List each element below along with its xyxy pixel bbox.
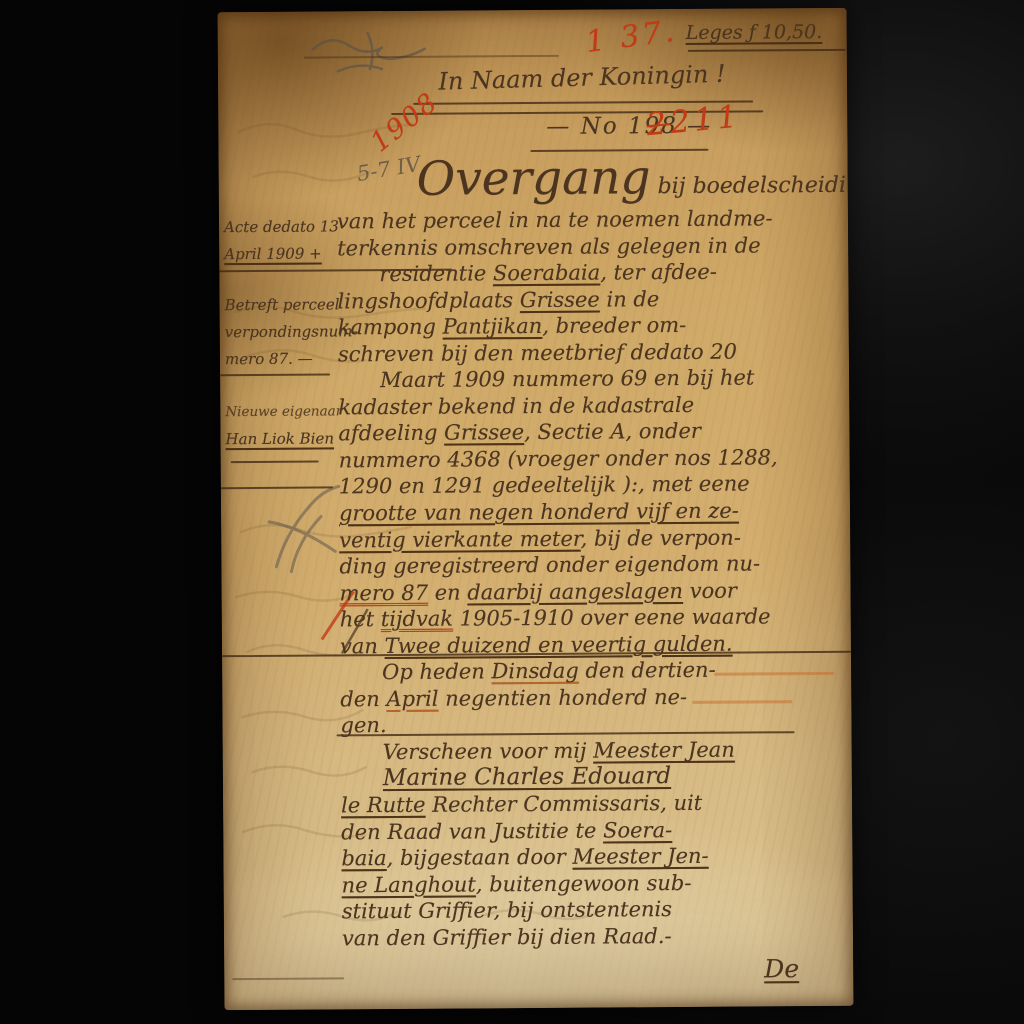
deed-heading-rest: bij boedelscheiding: [651, 173, 854, 200]
text-segment: van het perceel in na te noemen landme-: [337, 206, 773, 233]
text-segment: terkennis omschreven als gelegen in de: [337, 233, 761, 260]
red-year-annotation: 1908: [365, 86, 444, 158]
text-segment: tijdvak: [381, 607, 453, 632]
text-segment: stituut Griffier, bij ontstentenis: [342, 897, 672, 923]
text-segment: Meester Jean: [593, 738, 735, 763]
pencil-filing-note: 5-7 IV: [355, 152, 422, 186]
separator-rule: [688, 49, 846, 52]
leges-fee-stamp: Leges ƒ 10,50.: [686, 21, 823, 44]
text-segment: negentien honderd ne-: [438, 685, 687, 711]
text-segment: ventig vierkante meter: [339, 526, 581, 552]
text-segment: mero 87: [339, 580, 428, 605]
text-segment: , bij de verpon-: [581, 525, 741, 550]
body-line: 1290 en 1291 gedeeltelijk ):, met eene: [339, 470, 851, 500]
text-segment: Marine Charles Edouard: [383, 764, 671, 792]
margin-note-new-owner-name: Han Liok Bien: [225, 429, 339, 448]
text-segment: schreven bij den meetbrief dedato 20: [338, 339, 737, 366]
deed-body-text: van het perceel in na te noemen landme-t…: [337, 205, 854, 952]
text-segment: kadaster bekend in de kadastrale: [338, 393, 694, 419]
text-segment: Pantjikan: [443, 314, 543, 339]
red-renumber-annotation: 2211: [645, 98, 743, 143]
text-segment: ding geregistreerd onder eigendom nu-: [339, 552, 760, 579]
catchword: De: [764, 954, 799, 983]
deed-heading: Overgang bij boedelscheiding: [417, 154, 854, 203]
text-segment: Soerabaia: [493, 261, 600, 286]
text-segment: Meester Jen-: [572, 844, 708, 869]
text-segment: den dertien-: [579, 658, 716, 683]
body-line: stituut Griffier, bij ontstentenis: [342, 895, 854, 925]
margin-note-parcel2: verpondingsnum-: [225, 322, 339, 341]
body-line: Maart 1909 nummero 69 en bij het: [338, 364, 850, 394]
body-line: le Rutte Rechter Commissaris, uit: [341, 789, 853, 819]
body-line: ventig vierkante meter, bij de verpon-: [339, 523, 851, 553]
red-folio-number: 1 37.: [584, 14, 679, 60]
text-segment: daarbij aangeslagen: [467, 579, 683, 605]
body-line: gen.: [340, 709, 852, 739]
body-line: kampong Pantjikan, breeder om-: [338, 311, 850, 341]
text-segment: voor: [683, 578, 737, 602]
body-line: van den Griffier bij dien Raad.-: [342, 922, 854, 952]
margin-rule: [221, 486, 333, 489]
text-segment: baia: [341, 846, 386, 870]
text-segment: , bijgestaan door: [387, 845, 573, 870]
text-segment: , Sectie A, onder: [524, 419, 701, 444]
body-line: afdeeling Grissee, Sectie A, onder: [338, 417, 850, 447]
body-line: terkennis omschreven als gelegen in de: [337, 231, 849, 261]
margin-note-act-date: Acte dedato 13: [224, 217, 338, 236]
body-line: het tijdvak 1905-1910 over eene waarde: [340, 603, 852, 633]
text-segment: Op heden: [382, 660, 492, 685]
text-segment: Maart 1909 nummero 69 en bij het: [380, 366, 754, 393]
red-struck-digit: 2: [645, 105, 672, 143]
text-segment: den: [340, 687, 386, 711]
red-new-number: 211: [668, 98, 742, 141]
margin-note-parcel-number: mero 87. —: [225, 349, 339, 368]
text-segment: , breeder om-: [542, 313, 686, 338]
text-segment: ne Langhout: [342, 872, 476, 897]
body-line: nummero 4368 (vroeger onder nos 1288,: [339, 444, 851, 474]
separator-rule: [304, 55, 559, 59]
pencil-scribble-top: [313, 33, 425, 72]
text-segment: Twee duizend en veertig gulden.: [384, 631, 732, 657]
body-line: mero 87 en daarbij aangeslagen voor: [339, 576, 851, 606]
body-line: schreven bij den meetbrief dedato 20: [338, 338, 850, 368]
body-line: residentie Soerabaia, ter afdee-: [337, 258, 849, 288]
body-line: kadaster bekend in de kadastrale: [338, 391, 850, 421]
text-segment: 1290 en 1291 gedeeltelijk ):, met eene: [339, 472, 750, 499]
text-segment: , ter afdee-: [600, 260, 717, 285]
text-segment: gen.: [340, 713, 386, 737]
text-segment: April: [386, 687, 438, 711]
text-segment: nummero 4368 (vroeger onder nos 1288,: [339, 445, 778, 472]
royal-header-title: In Naam der Koningin !: [396, 58, 769, 96]
body-line: baia, bijgestaan door Meester Jen-: [341, 842, 853, 872]
body-line: Verscheen voor mij Meester Jean: [341, 736, 853, 766]
text-segment: van: [340, 634, 385, 658]
text-segment: den Raad van Justitie te: [341, 818, 603, 844]
body-line: van Twee duizend en veertig gulden.: [340, 630, 852, 660]
margin-rule: [232, 977, 344, 980]
text-segment: kampong: [338, 315, 443, 340]
text-segment: Dinsdag: [491, 659, 578, 684]
text-segment: Rechter Commissaris, uit: [425, 791, 702, 817]
body-line: van het perceel in na te noemen landme-: [337, 205, 849, 235]
deed-heading-word: Overgang: [417, 150, 651, 207]
body-line: ne Langhout, buitengewoon sub-: [342, 868, 854, 898]
pencil-scribble-margin: [269, 486, 340, 571]
text-segment: in de: [600, 287, 660, 311]
text-segment: grootte van negen honderd vijf en ze-: [339, 499, 739, 526]
body-line: den April negentien honderd ne-: [340, 683, 852, 713]
text-segment: Soera-: [603, 818, 672, 842]
text-segment: le Rutte: [341, 793, 426, 818]
body-line: lingshoofdplaats Grissee in de: [337, 284, 849, 314]
margin-note-parcel: Betreft perceel: [225, 295, 339, 314]
body-line: Marine Charles Edouard: [341, 762, 853, 792]
document-paper: Leges ƒ 10,50. 1 37. In Naam der Koningi…: [218, 8, 854, 1010]
body-line: Op heden Dinsdag den dertien-: [340, 656, 852, 686]
text-segment: residentie: [379, 261, 493, 286]
margin-rule: [231, 461, 319, 464]
photo-background: { "colors":{"background":"#050505","pape…: [0, 0, 1024, 1024]
margin-note-new-owner-label: Nieuwe eigenaar: [225, 403, 339, 420]
text-segment: Grissee: [444, 420, 524, 445]
text-segment: 1905-1910 over eene waarde: [453, 605, 771, 631]
text-segment: en: [428, 580, 467, 604]
text-segment: Verscheen voor mij: [383, 739, 594, 764]
body-line: ding geregistreerd onder eigendom nu-: [339, 550, 851, 580]
text-segment: , buitengewoon sub-: [476, 871, 692, 897]
text-segment: van den Griffier bij dien Raad.-: [342, 924, 672, 950]
text-segment: afdeeling: [338, 421, 444, 446]
body-line: grootte van negen honderd vijf en ze-: [339, 497, 851, 527]
text-segment: het: [340, 607, 381, 631]
body-line: den Raad van Justitie te Soera-: [341, 815, 853, 845]
margin-rule: [220, 373, 330, 376]
text-segment: Grissee: [520, 287, 600, 312]
text-segment: lingshoofdplaats: [337, 288, 519, 313]
margin-note-act-date2: April 1909 +: [224, 244, 338, 263]
